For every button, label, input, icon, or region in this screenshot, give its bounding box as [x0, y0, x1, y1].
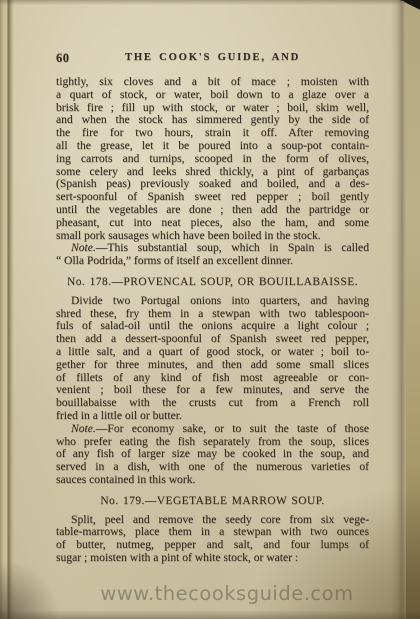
text-line: ing carrots and turnips, scooped in the …: [56, 153, 369, 166]
text-line: some celery and leeks shred thickly, a p…: [56, 166, 369, 179]
text-line: Note.—This substantial soup, which in Sp…: [56, 242, 369, 255]
page-number: 60: [56, 52, 70, 65]
text-line: of fillets of any kind of fish most agre…: [56, 372, 369, 385]
page-header: 60 THE COOK'S GUIDE, AND: [56, 52, 369, 66]
text-line: and when the stock has simmered gently b…: [56, 114, 369, 127]
text-line: of butter, nutmeg, pepper and salt, and …: [56, 539, 369, 552]
text-line: fried in a little oil or butter.: [56, 410, 369, 423]
text-line: sugar ; moisten with a pint of white sto…: [56, 552, 369, 565]
text-line: Note.—For economy sake, or to suit the t…: [56, 423, 369, 436]
running-head: THE COOK'S GUIDE, AND: [56, 52, 369, 65]
note-lead: Note.: [71, 242, 96, 254]
text-line: all the grease, let it be poured into a …: [56, 140, 369, 153]
text-line: sauces contained in this work.: [56, 474, 369, 487]
page-curl-crease-right: [391, 0, 407, 619]
text-line: (Spanish peas) previously soaked and boi…: [56, 178, 369, 191]
text-line: “ Olla Podrida,” forms of itself an exce…: [56, 255, 369, 268]
paragraph-olla-podrida: tightly, six cloves and a bit of mace ; …: [56, 76, 369, 242]
text-line: Split, peel and remove the seedy core fr…: [56, 514, 369, 527]
watermark-text: www.thecooksguide.com: [34, 582, 420, 605]
text-line: sert-spoonful of Spanish sweet red peppe…: [56, 191, 369, 204]
text-line: the fire for two hours, strain it off. A…: [56, 127, 369, 140]
page-edge-right: [406, 0, 420, 619]
paragraph-vegetable-marrow: Split, peel and remove the seedy core fr…: [56, 514, 369, 565]
note-olla-podrida: Note.—This substantial soup, which in Sp…: [56, 242, 369, 268]
scanned-book-page: 60 THE COOK'S GUIDE, AND tightly, six cl…: [0, 0, 420, 619]
recipe-heading-179: No. 179.—VEGETABLE MARROW SOUP.: [56, 495, 369, 508]
text-line: shred these, fry them in a stewpan with …: [56, 308, 369, 321]
note-lead: Note.: [71, 423, 96, 435]
text-line: served in a dish, with one of the numero…: [56, 461, 369, 474]
text-line: then add a dessert-spoonful of Spanish s…: [56, 333, 369, 346]
scan-shadow-bottom: [0, 610, 420, 619]
text-line: brisk fire ; fill up with stock, or wate…: [56, 102, 369, 115]
recipe-heading-178: No. 178.—PROVENCAL SOUP, OR BOUILLABAISS…: [56, 276, 369, 289]
text-line: a quart of stock, or water, boil down to…: [56, 89, 369, 102]
text-line: who prefer eating the fish separately fr…: [56, 436, 369, 449]
text-line: fuls of salad-oil until the onions acqui…: [56, 320, 369, 333]
text-line: Divide two Portugal onions into quarters…: [56, 295, 369, 308]
text-line: table-marrows, place them in a stewpan w…: [56, 526, 369, 539]
note-bouillabaisse: Note.—For economy sake, or to suit the t…: [56, 423, 369, 487]
text-line: until the vegetables are done ; then add…: [56, 204, 369, 217]
text-line: venient ; boil these for a few minutes, …: [56, 384, 369, 397]
text-line: pheasant, cut into neat pieces, also the…: [56, 217, 369, 230]
text-line: small pork sausages which have been boil…: [56, 230, 369, 243]
printed-page-content: 60 THE COOK'S GUIDE, AND tightly, six cl…: [56, 52, 369, 565]
paragraph-bouillabaisse: Divide two Portugal onions into quarters…: [56, 295, 369, 423]
book-spine-edge-left: [0, 0, 14, 619]
scan-shadow-top: [0, 0, 420, 5]
text-line: bouillabaisse with the crusts cut from a…: [56, 397, 369, 410]
text-line: of any fish of larger size may be cooked…: [56, 448, 369, 461]
text-line: tightly, six cloves and a bit of mace ; …: [56, 76, 369, 89]
text-line: a little salt, and a quart of good stock…: [56, 346, 369, 359]
text-line: gether for three minutes, and then add s…: [56, 359, 369, 372]
